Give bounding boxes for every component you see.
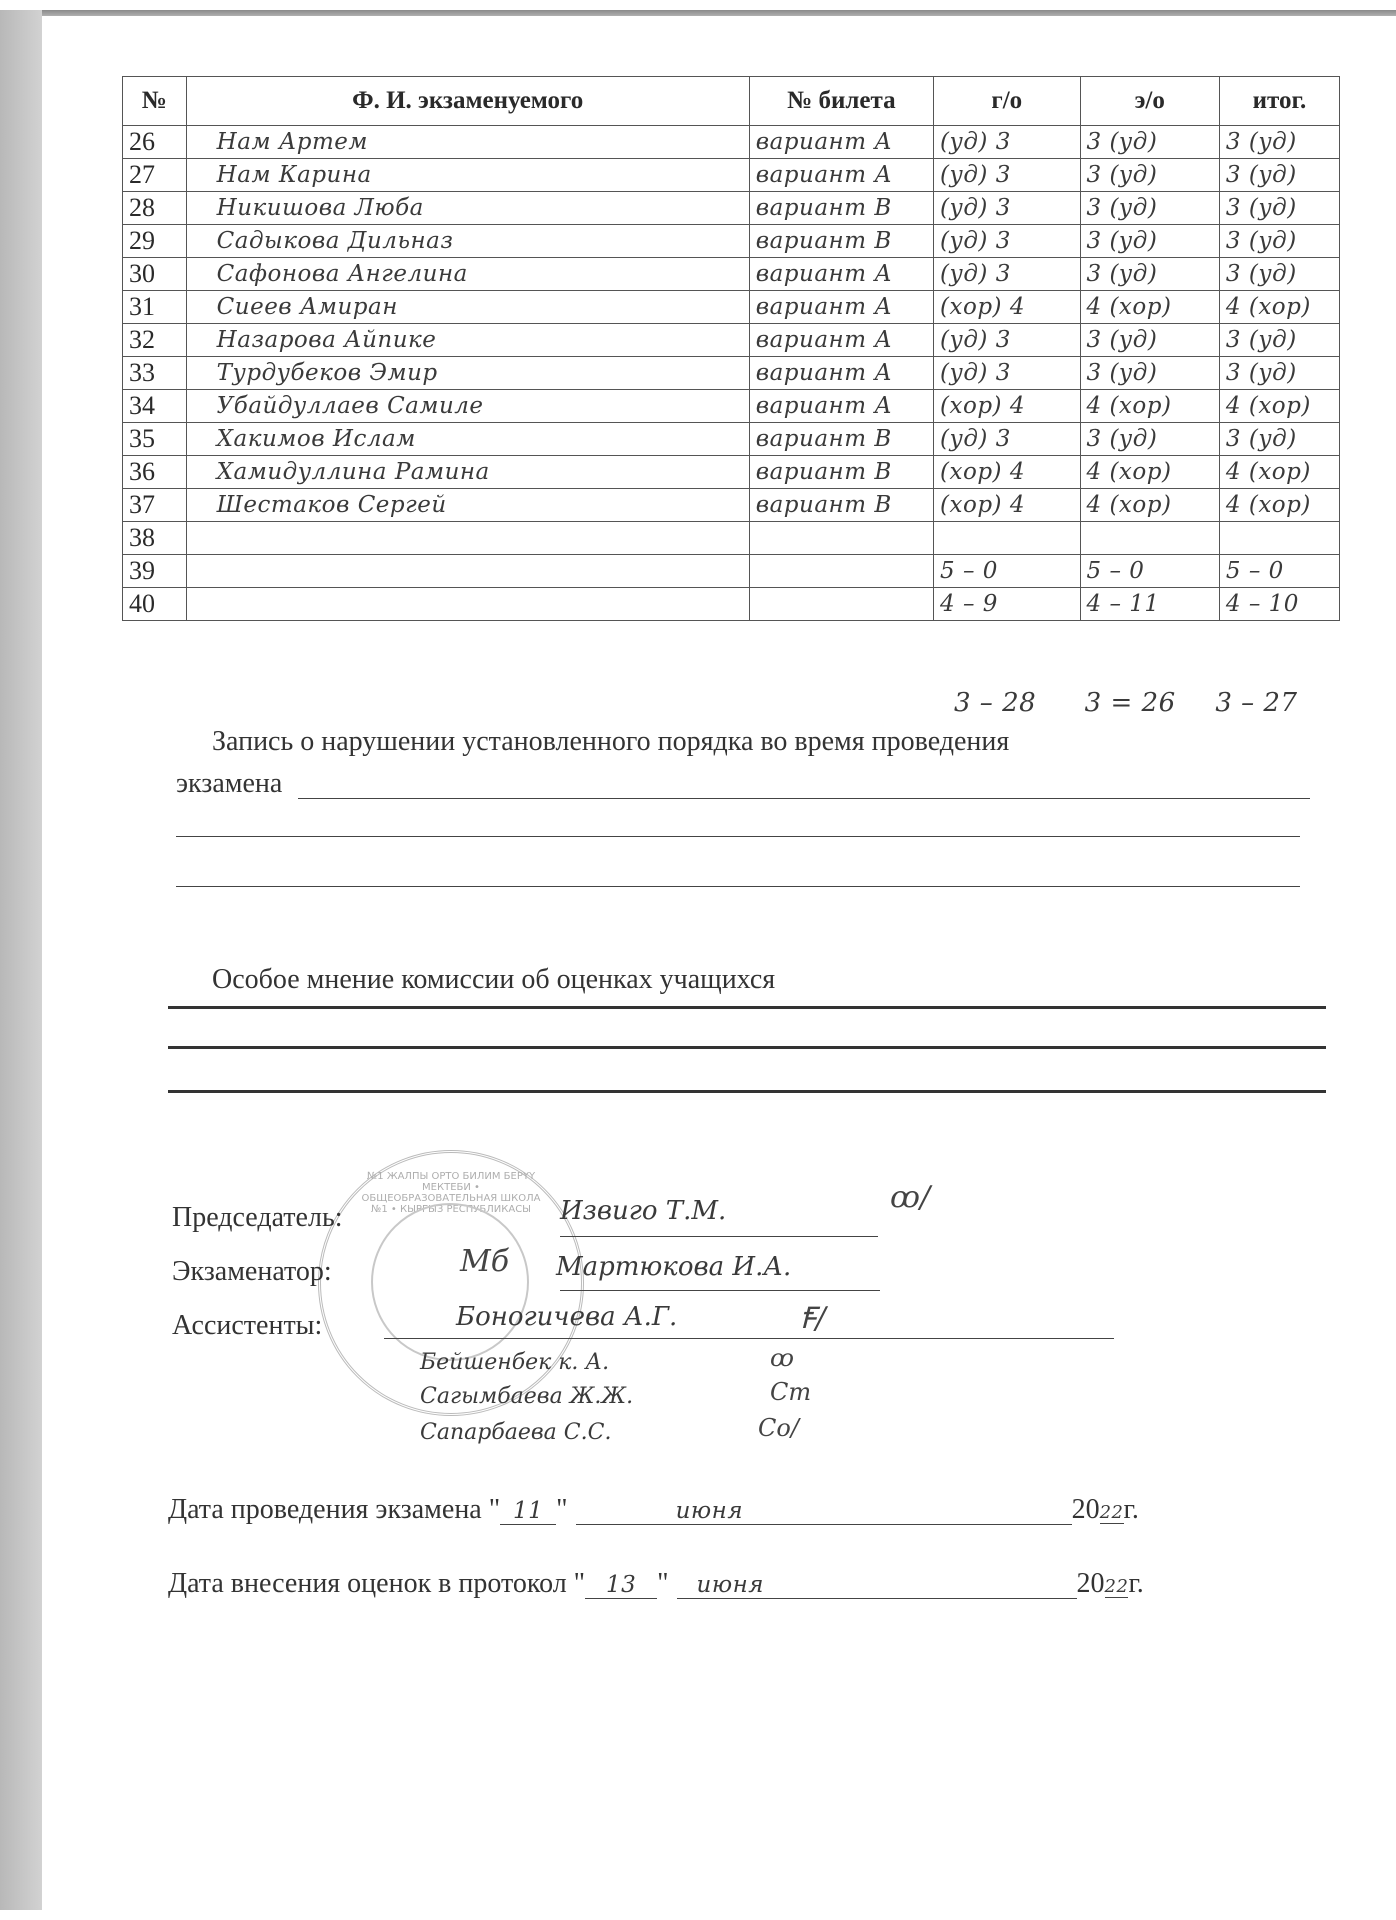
oral-grade: (уд) 3 [934, 192, 1080, 225]
entry-date: Дата внесения оценок в протокол "13"июня… [168, 1568, 1144, 1600]
student-name: Хамидуллина Рамина [186, 456, 749, 489]
written-grade: 3 (уд) [1080, 423, 1219, 456]
table-row: 31Сиеев Амиранвариант А(хор) 44 (хор)4 (… [123, 291, 1340, 324]
row-number: 34 [123, 390, 187, 423]
student-name: Садыкова Дильназ [186, 225, 749, 258]
written-grade: 3 (уд) [1080, 159, 1219, 192]
violations-line-2 [176, 836, 1300, 837]
oral-grade: (уд) 3 [934, 324, 1080, 357]
opinion-line-2 [168, 1046, 1326, 1049]
final-grade: 4 – 10 [1219, 588, 1339, 621]
table-row: 32Назарова Айпикевариант А(уд) 33 (уд)3 … [123, 324, 1340, 357]
ticket-variant: вариант А [749, 324, 933, 357]
header-num: № [123, 77, 187, 126]
table-row: 35Хакимов Исламвариант В(уд) 33 (уд)3 (у… [123, 423, 1340, 456]
student-name: Хакимов Ислам [186, 423, 749, 456]
grade-totals-below: 3 – 28 3 = 26 3 – 27 [948, 688, 1340, 718]
scan-edge-left [0, 10, 42, 1910]
table-row: 27Нам Каринавариант А(уд) 33 (уд)3 (уд) [123, 159, 1340, 192]
student-name: Турдубеков Эмир [186, 357, 749, 390]
table-row: 404 – 94 – 114 – 10 [123, 588, 1340, 621]
entry-date-label: Дата внесения оценок в протокол " [168, 1568, 585, 1599]
chairman-signature: ꝏ/ [890, 1180, 930, 1215]
assistants-label: Ассистенты: [172, 1310, 322, 1342]
student-name [186, 555, 749, 588]
assistant-name-3: Сагымбаева Ж.Ж. [420, 1384, 633, 1409]
total-threes-oral: 3 – 28 [948, 688, 1079, 718]
opinion-line-3 [168, 1090, 1326, 1093]
ticket-variant: вариант А [749, 291, 933, 324]
grades-table: № Ф. И. экзаменуемого № билета г/о э/о и… [122, 76, 1340, 621]
final-grade: 4 (хор) [1219, 291, 1339, 324]
final-grade: 3 (уд) [1219, 258, 1339, 291]
final-grade: 3 (уд) [1219, 423, 1339, 456]
written-grade: 5 – 0 [1080, 555, 1219, 588]
written-grade: 4 (хор) [1080, 390, 1219, 423]
oral-grade [934, 522, 1080, 555]
student-name: Нам Карина [186, 159, 749, 192]
final-grade: 3 (уд) [1219, 357, 1339, 390]
row-number: 26 [123, 126, 187, 159]
ticket-variant: вариант А [749, 159, 933, 192]
student-name [186, 522, 749, 555]
header-total: итог. [1219, 77, 1339, 126]
violations-line-3 [176, 886, 1300, 887]
written-grade: 3 (уд) [1080, 225, 1219, 258]
header-written: э/о [1080, 77, 1219, 126]
violations-line-1 [298, 798, 1310, 799]
examiner-signature: Мб [460, 1244, 509, 1279]
table-row: 34Убайдуллаев Самилевариант А(хор) 44 (х… [123, 390, 1340, 423]
final-grade: 4 (хор) [1219, 489, 1339, 522]
row-number: 33 [123, 357, 187, 390]
violations-label-2: экзамена [176, 768, 282, 800]
row-number: 31 [123, 291, 187, 324]
table-row: 28Никишова Любавариант В(уд) 33 (уд)3 (у… [123, 192, 1340, 225]
table-row: 37Шестаков Сергейвариант В(хор) 44 (хор)… [123, 489, 1340, 522]
total-threes-written: 3 = 26 [1079, 688, 1210, 718]
final-grade: 3 (уд) [1219, 159, 1339, 192]
final-grade [1219, 522, 1339, 555]
row-number: 29 [123, 225, 187, 258]
ticket-variant: вариант В [749, 423, 933, 456]
chairman-label: Председатель: [172, 1202, 343, 1234]
assistants-line [384, 1338, 1114, 1339]
final-grade: 5 – 0 [1219, 555, 1339, 588]
examiner-name: Мартюкова И.А. [556, 1252, 791, 1282]
exam-year-suffix: 22 [1100, 1502, 1124, 1524]
student-name [186, 588, 749, 621]
row-number: 27 [123, 159, 187, 192]
ticket-variant: вариант А [749, 390, 933, 423]
header-oral: г/о [934, 77, 1080, 126]
header-ticket: № билета [749, 77, 933, 126]
final-grade: 3 (уд) [1219, 225, 1339, 258]
table-row: 26Нам Артемвариант А(уд) 33 (уд)3 (уд) [123, 126, 1340, 159]
oral-grade: (хор) 4 [934, 390, 1080, 423]
quote: " [657, 1568, 668, 1599]
student-name: Шестаков Сергей [186, 489, 749, 522]
ticket-variant: вариант А [749, 126, 933, 159]
assistant-name-4: Сапарбаева С.С. [420, 1420, 611, 1445]
written-grade: 4 – 11 [1080, 588, 1219, 621]
examiner-label: Экзаменатор: [172, 1256, 332, 1288]
row-number: 32 [123, 324, 187, 357]
total-threes-final: 3 – 27 [1209, 688, 1340, 718]
written-grade: 4 (хор) [1080, 456, 1219, 489]
assistant-signature-2: ꝏ [770, 1344, 794, 1372]
row-number: 28 [123, 192, 187, 225]
header-name: Ф. И. экзаменуемого [186, 77, 749, 126]
school-stamp: №1 ЖАЛПЫ ОРТО БИЛИМ БЕРҮҮ МЕКТЕБИ • ОБЩЕ… [318, 1150, 584, 1416]
opinion-label: Особое мнение комиссии об оценках учащих… [212, 964, 775, 996]
chairman-name: Извиго Т.М. [560, 1196, 726, 1226]
assistant-signature-1: Ꞙ/ [800, 1296, 826, 1337]
row-number: 38 [123, 522, 187, 555]
written-grade: 3 (уд) [1080, 324, 1219, 357]
ticket-variant: вариант В [749, 456, 933, 489]
row-number: 30 [123, 258, 187, 291]
table-header-row: № Ф. И. экзаменуемого № билета г/о э/о и… [123, 77, 1340, 126]
exam-date: Дата проведения экзамена "11"июня2022г. [168, 1494, 1139, 1526]
year-end: г. [1128, 1568, 1143, 1599]
student-name: Сафонова Ангелина [186, 258, 749, 291]
assistant-name-2: Бейшенбек к. А. [420, 1350, 609, 1375]
entry-year-suffix: 22 [1105, 1576, 1129, 1598]
student-name: Нам Артем [186, 126, 749, 159]
entry-year-prefix: 20 [1077, 1568, 1105, 1599]
examiner-line [560, 1290, 880, 1291]
written-grade: 3 (уд) [1080, 258, 1219, 291]
row-number: 40 [123, 588, 187, 621]
assistant-signature-3: Сm [770, 1378, 811, 1406]
table-row: 30Сафонова Ангелинавариант А(уд) 33 (уд)… [123, 258, 1340, 291]
oral-grade: (уд) 3 [934, 126, 1080, 159]
exam-date-label: Дата проведения экзамена " [168, 1494, 500, 1525]
row-number: 36 [123, 456, 187, 489]
exam-year-prefix: 20 [1072, 1494, 1100, 1525]
final-grade: 3 (уд) [1219, 126, 1339, 159]
table-row: 36Хамидуллина Раминавариант В(хор) 44 (х… [123, 456, 1340, 489]
year-end: г. [1124, 1494, 1139, 1525]
row-number: 35 [123, 423, 187, 456]
entry-day: 13 [585, 1572, 657, 1599]
final-grade: 4 (хор) [1219, 456, 1339, 489]
written-grade: 3 (уд) [1080, 192, 1219, 225]
student-name: Убайдуллаев Самиле [186, 390, 749, 423]
oral-grade: (уд) 3 [934, 423, 1080, 456]
ticket-variant: вариант В [749, 489, 933, 522]
ticket-variant [749, 588, 933, 621]
exam-month: июня [576, 1498, 1072, 1525]
table-row: 33Турдубеков Эмирвариант А(уд) 33 (уд)3 … [123, 357, 1340, 390]
assistant-name-1: Боногичева А.Г. [456, 1302, 677, 1332]
oral-grade: 5 – 0 [934, 555, 1080, 588]
written-grade: 3 (уд) [1080, 357, 1219, 390]
ticket-variant: вариант А [749, 258, 933, 291]
table-row: 395 – 05 – 05 – 0 [123, 555, 1340, 588]
oral-grade: (хор) 4 [934, 291, 1080, 324]
oral-grade: (хор) 4 [934, 456, 1080, 489]
opinion-line-1 [168, 1006, 1326, 1009]
quote: " [556, 1494, 567, 1525]
student-name: Никишова Люба [186, 192, 749, 225]
row-number: 37 [123, 489, 187, 522]
entry-month: июня [677, 1572, 1077, 1599]
oral-grade: (уд) 3 [934, 159, 1080, 192]
final-grade: 3 (уд) [1219, 192, 1339, 225]
written-grade [1080, 522, 1219, 555]
written-grade: 4 (хор) [1080, 489, 1219, 522]
ticket-variant [749, 555, 933, 588]
oral-grade: (уд) 3 [934, 225, 1080, 258]
oral-grade: (уд) 3 [934, 258, 1080, 291]
student-name: Назарова Айпике [186, 324, 749, 357]
oral-grade: 4 – 9 [934, 588, 1080, 621]
written-grade: 4 (хор) [1080, 291, 1219, 324]
exam-day: 11 [500, 1498, 556, 1525]
written-grade: 3 (уд) [1080, 126, 1219, 159]
student-name: Сиеев Амиран [186, 291, 749, 324]
table-row: 29Садыкова Дильназвариант В(уд) 33 (уд)3… [123, 225, 1340, 258]
ticket-variant: вариант В [749, 192, 933, 225]
oral-grade: (хор) 4 [934, 489, 1080, 522]
assistant-signature-4: Со/ [758, 1414, 799, 1442]
ticket-variant [749, 522, 933, 555]
final-grade: 3 (уд) [1219, 324, 1339, 357]
final-grade: 4 (хор) [1219, 390, 1339, 423]
oral-grade: (уд) 3 [934, 357, 1080, 390]
ticket-variant: вариант А [749, 357, 933, 390]
chairman-line [560, 1236, 878, 1237]
table-row: 38 [123, 522, 1340, 555]
row-number: 39 [123, 555, 187, 588]
ticket-variant: вариант В [749, 225, 933, 258]
violations-label: Запись о нарушении установленного порядк… [212, 726, 1009, 758]
stamp-text: №1 ЖАЛПЫ ОРТО БИЛИМ БЕРҮҮ МЕКТЕБИ • ОБЩЕ… [361, 1171, 541, 1215]
